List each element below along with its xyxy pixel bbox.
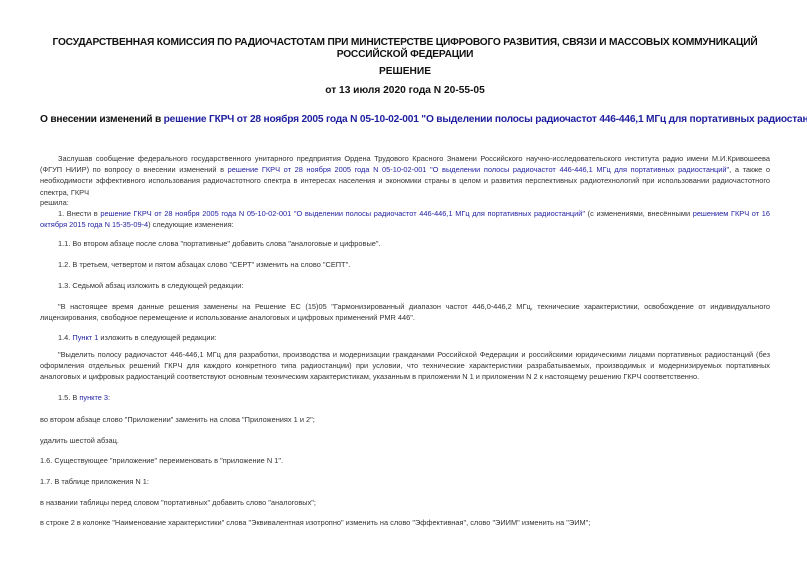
item-1-link-decision-2005[interactable]: решение ГКРЧ от 28 ноября 2005 года N 05… [100,209,585,218]
item-1-4: 1.4. Пункт 1 изложить в следующей редакц… [40,332,770,343]
item-1-5: 1.5. В пункте 3: [40,392,770,403]
item-1-5-a: во втором абзаце слово "Приложении" заме… [40,414,770,425]
document-date-number: от 13 июля 2020 года N 20-55-05 [40,85,770,96]
intro-paragraph: Заслушав сообщение федерального государс… [40,153,770,198]
resolved-label: решила: [40,197,770,208]
quote-paragraph-2: "Выделить полосу радиочастот 446-446,1 М… [40,349,770,383]
title-link-decision-2005[interactable]: решение ГКРЧ от 28 ноября 2005 года N 05… [164,114,807,125]
item-1-1: 1.1. Во втором абзаце после слова "порта… [40,238,770,249]
item-1-4-link-point-1[interactable]: Пункт 1 [72,333,98,342]
item-1-5-b: удалить шестой абзац. [40,435,770,446]
issuing-authority: ГОСУДАРСТВЕННАЯ КОМИССИЯ ПО РАДИОЧАСТОТА… [40,37,770,61]
item-1-5-suffix: : [108,393,110,402]
item-1-4-prefix: 1.4. [58,333,72,342]
item-1-5-prefix: 1.5. В [58,393,79,402]
document-title: О внесении изменений в решение ГКРЧ от 2… [40,114,770,125]
item-1-4-suffix: изложить в следующей редакции: [98,333,216,342]
item-1-text: 1. Внести в [58,209,100,218]
item-1-6: 1.6. Существующее "приложение" переимено… [40,455,770,466]
item-1-5-link-point-3[interactable]: пункте 3 [79,393,108,402]
item-1-text-end: ) следующие изменения: [148,220,234,229]
item-1-2: 1.2. В третьем, четвертом и пятом абзаца… [40,259,770,270]
item-1-7-b: в строке 2 в колонке "Наименование харак… [40,517,770,528]
item-1-3: 1.3. Седьмой абзац изложить в следующей … [40,280,770,291]
quote-paragraph-1: "В настоящее время данные решения замене… [40,301,770,323]
item-1-7: 1.7. В таблице приложения N 1: [40,476,770,487]
item-1-text-mid: (с изменениями, внесёнными [585,209,693,218]
intro-link-decision-2005[interactable]: решение ГКРЧ от 28 ноября 2005 года N 05… [228,165,730,174]
item-1: 1. Внести в решение ГКРЧ от 28 ноября 20… [40,208,770,230]
item-1-7-a: в названии таблицы перед словом "портати… [40,497,770,508]
title-prefix: О внесении изменений в [40,114,164,125]
document-type: РЕШЕНИЕ [40,66,770,77]
document-page: ГОСУДАРСТВЕННАЯ КОМИССИЯ ПО РАДИОЧАСТОТА… [0,0,807,571]
